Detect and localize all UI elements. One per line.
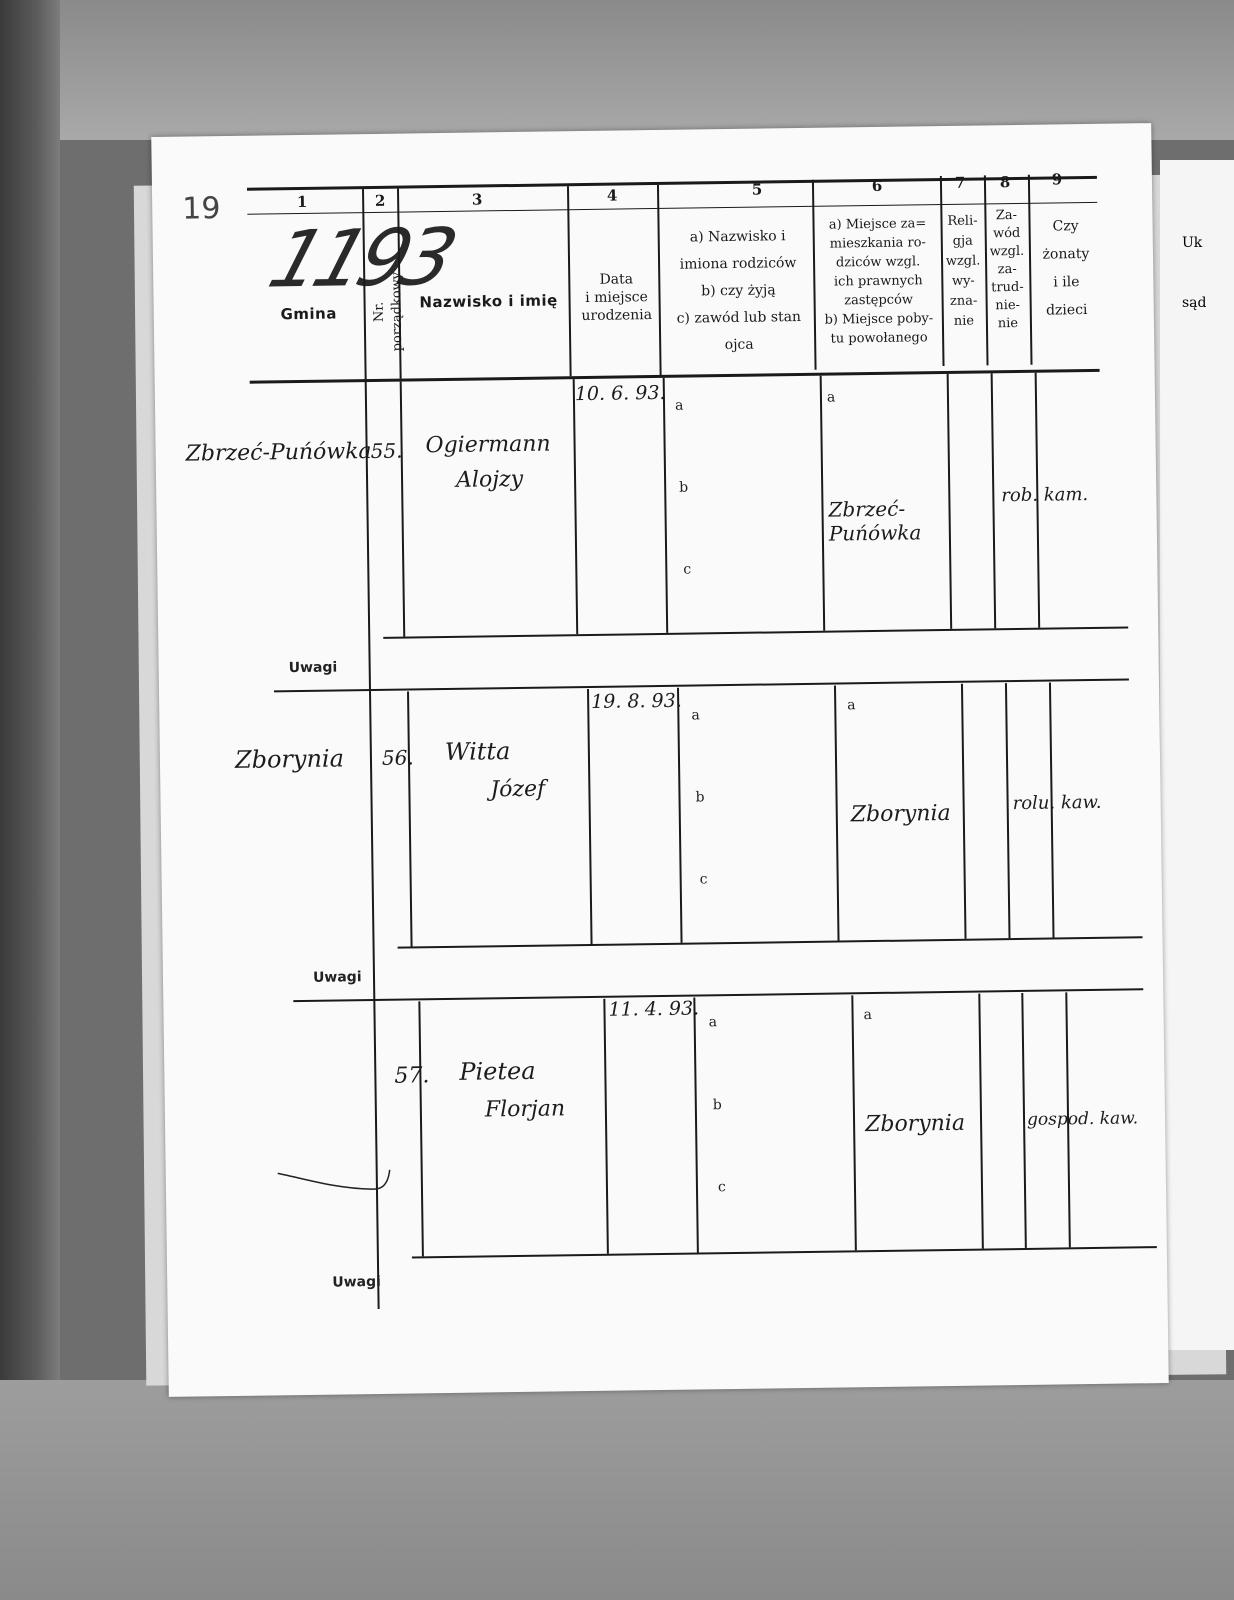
sub-label-a: a	[863, 1007, 872, 1023]
row-divider	[947, 374, 953, 629]
header-zonaty: Czy żonaty i ile dzieci	[1030, 212, 1102, 325]
header-gmina: Gmina	[259, 304, 359, 323]
register-page: 19 1193 1 2 3 4 5 6 7 8 9 Gmina Nr. porz…	[151, 123, 1168, 1397]
row-divider	[407, 691, 413, 946]
residence: Zbrzeć-Puńówka	[828, 496, 939, 546]
adjacent-header-2: sąd	[1182, 295, 1207, 311]
column-number-1: 1	[292, 193, 312, 211]
column-number-7: 7	[950, 174, 970, 192]
order-number: 57.	[394, 1063, 429, 1088]
birth-date: 11. 4. 93.	[608, 997, 699, 1020]
order-number: 55.	[370, 439, 402, 463]
background-left	[0, 0, 60, 1600]
residence: Zborynia	[851, 801, 951, 827]
column-number-8: 8	[995, 173, 1015, 191]
remarks-bottom-rule	[274, 678, 1129, 692]
row-bottom-rule	[398, 936, 1143, 948]
row-divider	[978, 994, 984, 1249]
surname: Witta	[445, 737, 511, 766]
gmina-value: Zbrzeć-Puńówka	[186, 439, 372, 467]
occupation: gospod. kaw.	[1027, 1108, 1138, 1130]
register-stamp-number: 1193	[259, 213, 461, 306]
order-number: 56.	[382, 745, 414, 769]
sub-label-c: c	[683, 562, 691, 578]
row-bottom-rule	[383, 626, 1128, 638]
row-divider	[851, 995, 857, 1250]
row-divider	[834, 686, 840, 941]
sub-label-c: c	[718, 1179, 726, 1195]
background-top	[0, 0, 1234, 140]
birth-date: 19. 8. 93.	[591, 690, 682, 713]
remarks-label: Uwagi	[289, 659, 338, 676]
header-religja: Reli- gja wzgl. wy- zna- nie	[942, 211, 984, 332]
sub-label-a: a	[827, 390, 836, 406]
occupation: rolu. kaw.	[1012, 792, 1101, 814]
row-divider	[820, 376, 826, 631]
surname: Pietea	[459, 1057, 536, 1086]
surname: Ogiermann	[425, 431, 550, 458]
birth-date: 10. 6. 93.	[575, 382, 666, 405]
row-divider	[663, 378, 669, 633]
remarks-bottom-rule	[293, 988, 1143, 1002]
row-divider	[587, 689, 593, 944]
header-zawod: Za- wód wzgl. za- trud- nie- nie	[985, 207, 1029, 334]
adjacent-header-1: Uk	[1182, 235, 1202, 251]
row-divider	[1005, 683, 1011, 938]
column-number-6: 6	[867, 177, 887, 195]
given-name: Józef	[490, 777, 545, 803]
column-number-3: 3	[467, 190, 487, 208]
sub-label-b: b	[695, 789, 704, 805]
handwritten-dash-mark	[276, 1164, 397, 1206]
header-data-urodzenia: Data i miejsce urodzenia	[571, 270, 662, 325]
remarks-label: Uwagi	[332, 1274, 381, 1291]
sub-label-a: a	[847, 697, 856, 713]
row-divider	[991, 373, 997, 628]
header-miejsce-zamieszkania: a) Miejsce za= mieszkania ro- dziców wzg…	[812, 214, 944, 349]
background-bottom	[0, 1380, 1234, 1600]
page-marker: 19	[182, 191, 221, 227]
row-divider	[693, 998, 699, 1253]
column-number-4: 4	[602, 186, 622, 204]
sub-label-b: b	[713, 1097, 722, 1113]
column-number-2: 2	[370, 192, 390, 210]
row-divider	[400, 382, 406, 637]
occupation: rob. kam.	[1001, 484, 1088, 506]
row-divider	[677, 688, 683, 943]
row-divider	[573, 379, 579, 634]
adjacent-page: Uk sąd	[1160, 160, 1234, 1350]
sub-label-a: a	[675, 398, 684, 414]
sub-label-a: a	[691, 707, 700, 723]
row-divider	[1021, 993, 1027, 1248]
header-bottom-rule	[250, 369, 1100, 384]
gmina-value: Zborynia	[235, 744, 344, 774]
row-divider	[603, 999, 609, 1254]
residence: Zborynia	[865, 1111, 965, 1137]
given-name: Florjan	[485, 1096, 566, 1122]
column-number-9: 9	[1047, 170, 1067, 188]
header-rodzice: a) Nazwisko i imiona rodziców b) czy żyj…	[663, 223, 815, 360]
given-name: Alojzy	[456, 467, 523, 493]
column-number-5: 5	[747, 180, 767, 198]
header-nr-porzadkowy: Nr. porządkowy	[370, 266, 407, 356]
sub-label-b: b	[679, 480, 688, 496]
row-divider	[418, 1001, 424, 1256]
row-bottom-rule	[412, 1246, 1157, 1258]
sub-label-a: a	[709, 1014, 718, 1030]
sub-label-c: c	[700, 871, 708, 887]
header-nazwisko-imie: Nazwisko i imię	[403, 291, 573, 311]
column-divider-1	[362, 189, 380, 1309]
row-divider	[961, 684, 967, 939]
remarks-label: Uwagi	[313, 969, 362, 986]
